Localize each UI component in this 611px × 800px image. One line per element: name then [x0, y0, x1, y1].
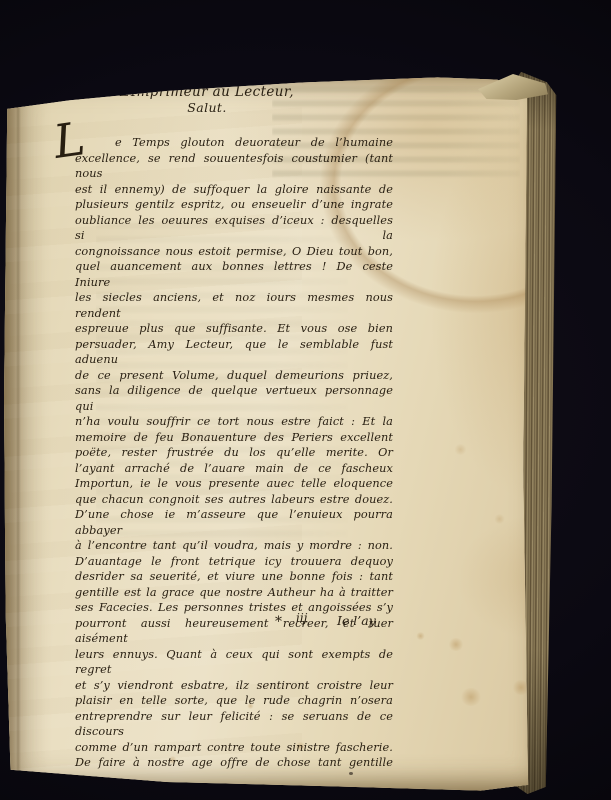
page-corner-curl — [478, 74, 548, 100]
text-line: Importun, ie le vous presente auec telle… — [75, 476, 393, 492]
foxing-spot — [454, 444, 467, 455]
body-text: e Temps glouton deuorateur de l’humainee… — [75, 135, 393, 771]
text-line: entreprendre sur leur felicité : se seru… — [75, 709, 393, 740]
foxing-spot — [416, 632, 425, 640]
text-line: à l’encontre tant qu’il voudra, mais y m… — [75, 538, 393, 554]
page-subtitle: Salut. — [68, 100, 346, 115]
text-line: espreuue plus que suffisante. Et vous os… — [75, 321, 393, 337]
text-line: plusieurs gentilz espritz, ou enseuelir … — [75, 197, 393, 213]
text-line: excellence, se rend souuentesfois coustu… — [75, 151, 393, 182]
text-line: plaisir en telle sorte, que le rude chag… — [75, 693, 393, 709]
text-line: gentille est la grace que nostre Autheur… — [75, 585, 393, 601]
text-line: congnoissance nous estoit permise, O Die… — [75, 244, 393, 260]
book-page: L’Imprimeur au Lecteur, Salut. L e Temps… — [4, 76, 546, 792]
signature-mark: * — [275, 614, 282, 630]
catchword: Ie l’ay — [337, 613, 376, 628]
text-line: desrider sa seuerité, et viure une bonne… — [75, 569, 393, 585]
text-line: que chacun congnoit ses autres labeurs e… — [75, 492, 393, 508]
text-line: les siecles anciens, et noz iours mesmes… — [75, 290, 393, 321]
text-line: D’une chose ie m’asseure que l’enuieux p… — [75, 507, 393, 538]
heading: L’Imprimeur au Lecteur, Salut. — [68, 85, 346, 115]
foxing-spot — [494, 514, 505, 524]
text-line: quel auancement aux bonnes lettres ! De … — [75, 259, 393, 290]
text-line: l’ayant arraché de l’auare main de ce fa… — [75, 461, 393, 477]
text-line: leurs ennuys. Quant à ceux qui sont exem… — [75, 647, 393, 678]
text-line: D’auantage le front tetrique icy trouuer… — [75, 554, 393, 570]
foxing-spot — [460, 688, 482, 706]
signature-numeral: iij — [296, 611, 307, 625]
text-line: poëte, rester frustrée du los qu’elle me… — [75, 445, 393, 461]
text-line: et s’y viendront esbatre, ilz sentiront … — [75, 678, 393, 694]
text-line: oubliance les oeuures exquises d’iceux :… — [75, 213, 393, 244]
text-line: n’ha voulu souffrir ce tort nous estre f… — [75, 414, 393, 430]
text-line: memoire de feu Bonauenture des Periers e… — [75, 430, 393, 446]
text-line: De faire à nostre age offre de chose tan… — [75, 755, 393, 771]
signature-row: * iij Ie l’ay — [75, 613, 393, 631]
foxing-spot — [448, 638, 464, 651]
text-line: e Temps glouton deuorateur de l’humaine — [75, 135, 393, 151]
text-line: sans la diligence de quelque vertueux pe… — [75, 383, 393, 414]
text-line: de ce present Volume, duquel demeurions … — [75, 368, 393, 384]
text-line: est il ennemy) de suffoquer la gloire na… — [75, 182, 393, 198]
page-title: L’Imprimeur au Lecteur, — [68, 85, 346, 100]
book-photograph: L’Imprimeur au Lecteur, Salut. L e Temps… — [0, 0, 611, 800]
text-line: comme d’un rampart contre toute sinistre… — [75, 740, 393, 756]
ink-speck — [349, 772, 353, 775]
text-line: persuader, Amy Lecteur, que le semblable… — [75, 337, 393, 368]
